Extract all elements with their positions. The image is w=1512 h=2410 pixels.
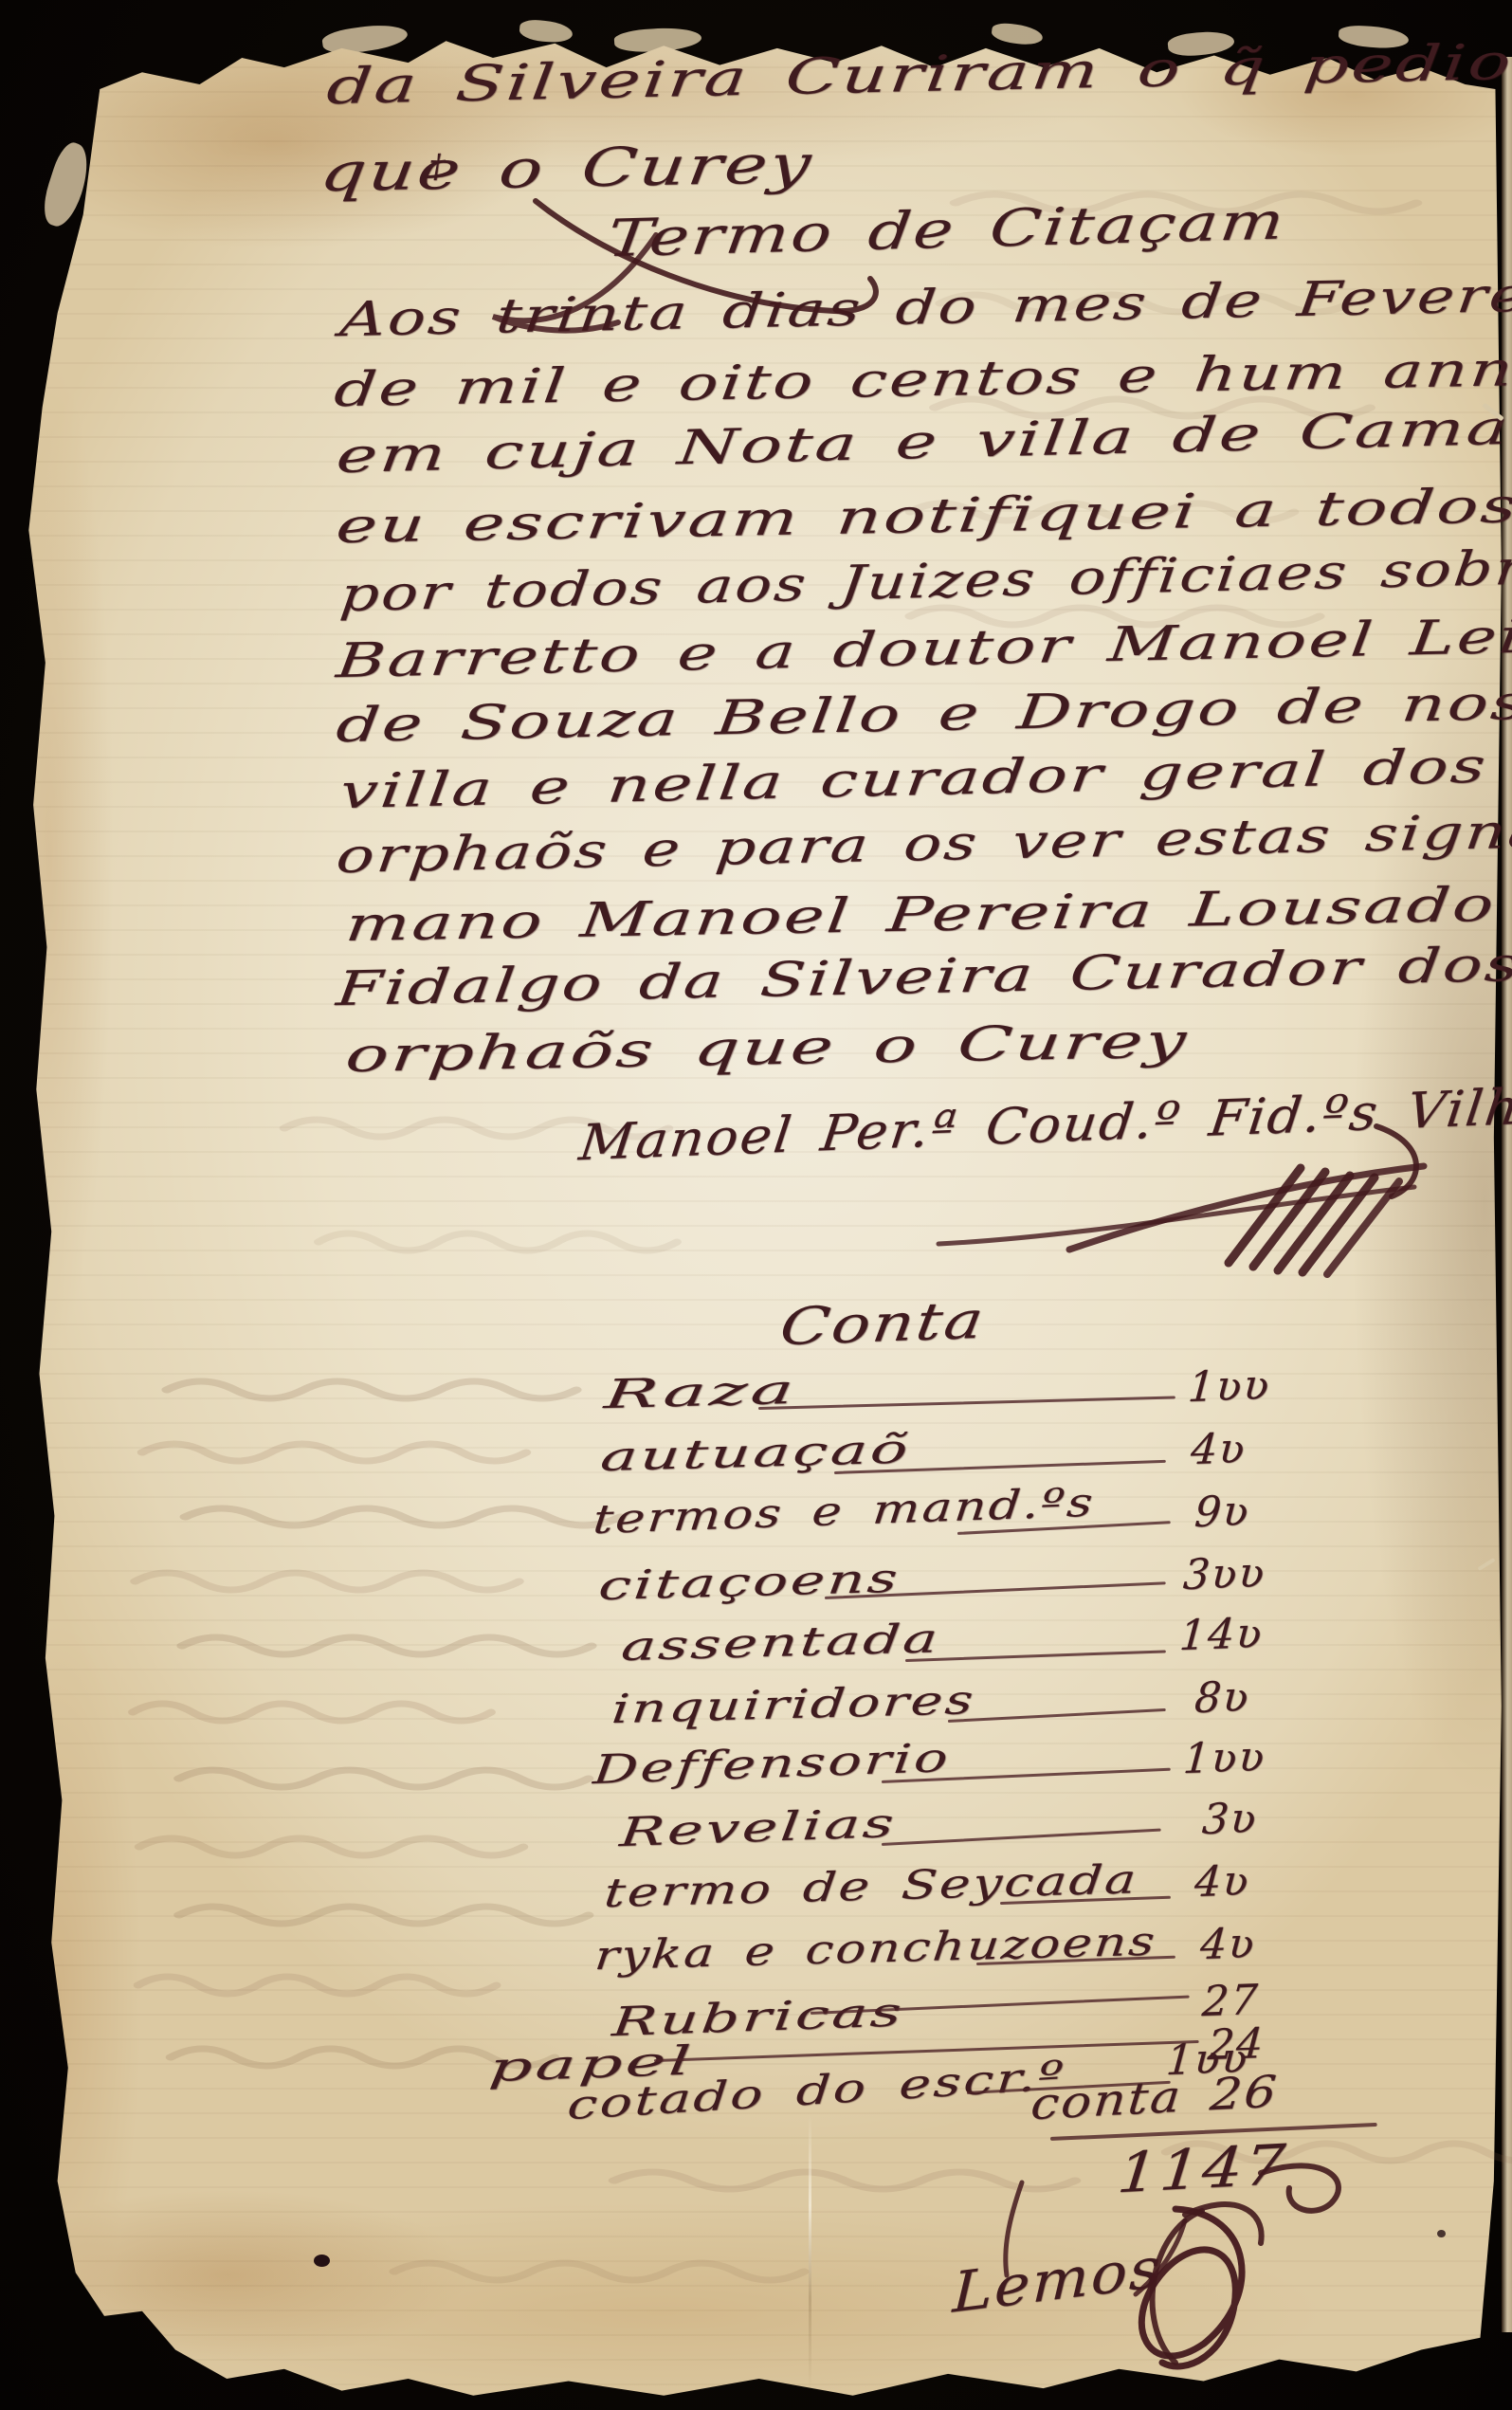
manuscript-line: que o Curey [317, 134, 816, 204]
account-item-label: Raza [602, 1366, 799, 1417]
account-item-value: 1ʋʋ [1181, 1732, 1267, 1783]
account-total-value: 1147 [1115, 2132, 1290, 2206]
account-item-value: 4ʋ [1193, 1856, 1251, 1907]
account-title: Conta [776, 1289, 989, 1357]
account-item-value: 4ʋ [1198, 1919, 1257, 1969]
ink-blot [314, 2255, 330, 2267]
account-item-value: 1ʋʋ [1186, 1360, 1272, 1412]
account-item-value: 9ʋ [1193, 1487, 1251, 1537]
account-item-value: 14ʋ [1177, 1609, 1265, 1660]
account-item-label: Revelias [618, 1799, 899, 1855]
photographed-manuscript: da Silveira Curiram o q̃ pedio que o Cur… [0, 0, 1512, 2410]
paper-crease [809, 2114, 811, 2389]
account-item-value: 27 [1200, 1976, 1261, 2026]
paper-fringe [519, 19, 574, 45]
account-item-value: 4ʋ [1189, 1424, 1248, 1474]
ink-blot [1437, 2230, 1446, 2237]
account-item-value: 3ʋʋ [1181, 1548, 1267, 1599]
account-item-label: inquiridores [610, 1676, 977, 1732]
account-item-value: 8ʋ [1193, 1672, 1251, 1723]
account-item-value: 3ʋ [1200, 1794, 1259, 1844]
account-item-label: assentada [619, 1615, 942, 1670]
cross-mark: † [428, 147, 447, 186]
adjacent-page-edge [1502, 57, 1512, 2332]
paper-fringe [991, 22, 1044, 46]
account-item-label: citaçoens [596, 1555, 902, 1609]
